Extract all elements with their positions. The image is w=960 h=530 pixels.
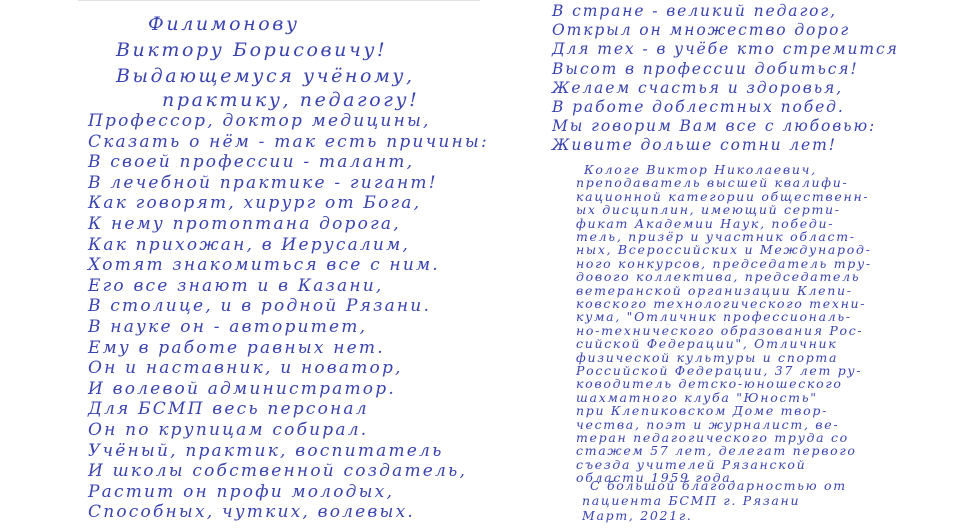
poem-line: Он и наставник, и новатор, <box>88 358 403 378</box>
poem-line: Он по крупицам собирал. <box>88 420 368 440</box>
poem-line: Как говорят, хирург от Бога, <box>88 193 421 213</box>
header-line: практику, педагогу! <box>162 89 419 111</box>
poem-line: Открыл он множество дорог <box>552 21 850 39</box>
left-page: Филимонову Виктору Борисовичу! Выдающему… <box>78 0 480 530</box>
poem-line: В стране - великий педагог, <box>552 2 837 20</box>
poem-line: В своей профессии - талант, <box>88 152 414 172</box>
poem-line: Для тех - в учёбе кто стремится <box>552 40 899 58</box>
header-line: Филимонову <box>148 13 300 35</box>
poem-line: И школы собственной создатель, <box>88 461 467 481</box>
signature-line: С большой благодарностью от <box>590 478 847 493</box>
poem-line: Высот в профессии добиться! <box>552 60 859 78</box>
header-line: Выдающемуся учёному, <box>116 65 415 87</box>
poem-line: К нему протоптана дорога, <box>88 214 401 234</box>
poem-line: Его все знают и в Казани, <box>88 276 384 296</box>
poem-line: Способных, чутких, волевых. <box>88 502 415 522</box>
poem-line: Профессор, доктор медицины, <box>88 111 431 131</box>
poem-line: И волевой администратор. <box>88 379 396 399</box>
right-page: В стране - великий педагог,Открыл он мно… <box>540 0 920 530</box>
poem-line: В лечебной практике - гигант! <box>88 173 438 193</box>
poem-line: Хотят знакомиться все с ним. <box>88 255 440 275</box>
poem-line: Желаем счастья и здоровья, <box>552 79 843 97</box>
poem-line: Для БСМП весь персонал <box>88 399 369 419</box>
poem-line: В столице, и в родной Рязани. <box>88 296 431 316</box>
poem-line: Растит он профи молодых, <box>88 482 394 502</box>
poem-line: В науке он - авторитет, <box>88 317 367 337</box>
poem-line: Учёный, практик, воспитатель <box>88 441 444 461</box>
poem-line: В работе доблестных побед. <box>552 98 845 116</box>
poem-line: Сказать о нём - так есть причины: <box>88 132 489 152</box>
poem-line: Ему в работе равных нет. <box>88 338 385 358</box>
poem-line: Живите дольше сотни лет! <box>552 136 837 154</box>
poem-line: Как прихожан, в Иерусалим, <box>88 235 410 255</box>
header-line: Виктору Борисовичу! <box>116 39 387 61</box>
signature-line: Март, 2021г. <box>582 508 693 523</box>
signature-line: пациента БСМП г. Рязани <box>582 493 800 508</box>
poem-line: Мы говорим Вам все с любовью: <box>552 117 876 135</box>
